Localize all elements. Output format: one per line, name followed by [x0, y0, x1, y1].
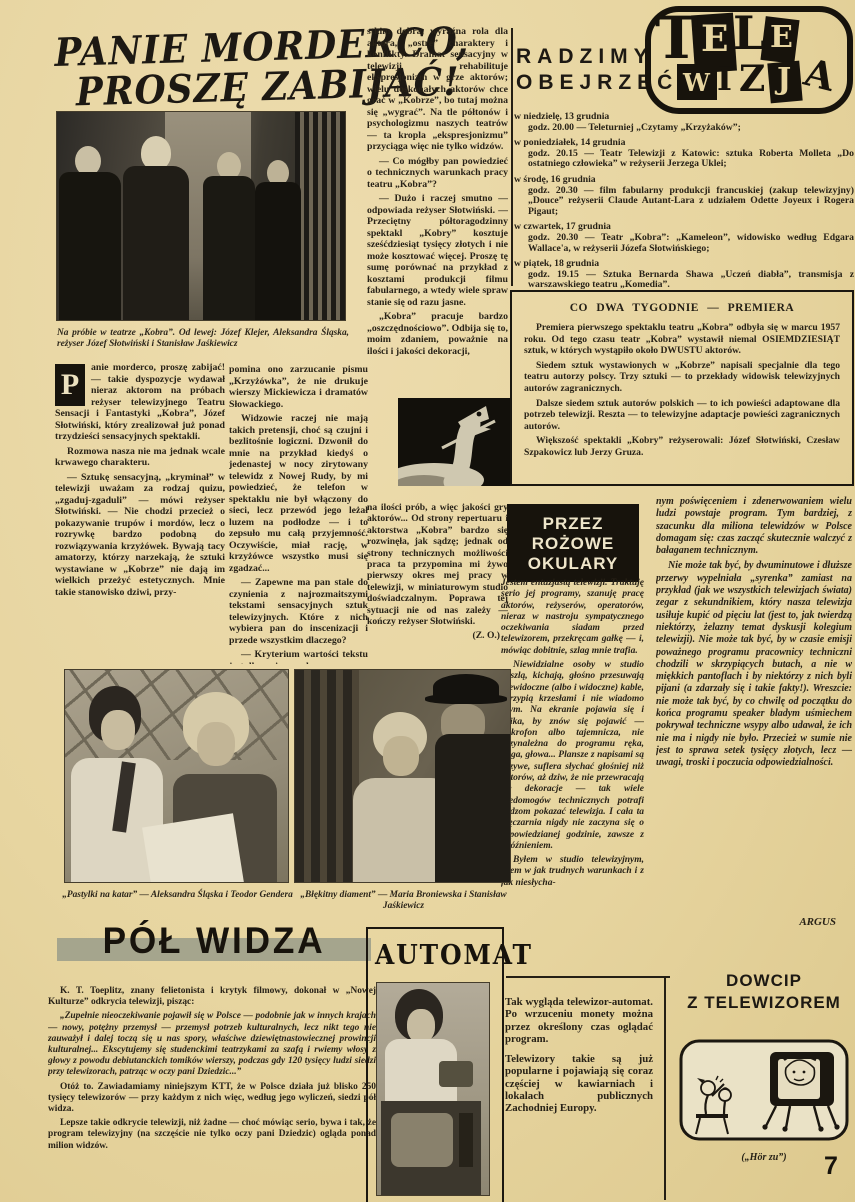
rose-signature: ARGUS	[656, 916, 836, 928]
schedule-item: w czwartek, 17 grudnia godz. 20.30 — Tea…	[514, 222, 854, 254]
half-viewer-title: PÓŁ WIDZA	[65, 922, 363, 959]
paragraph: stkim dobra, wyraźna rola dla aktora, „o…	[367, 26, 508, 153]
paragraph: Jestem entuzjastą telewizji. Traktuję se…	[501, 578, 644, 657]
joke-title: DOWCIP Z TELEWIZOREM	[678, 970, 850, 1014]
paragraph: — Kryterium wartości tekstu jest dla mni…	[229, 649, 368, 664]
tv-schedule: w niedzielę, 13 grudnia godz. 20.00 — Te…	[514, 112, 854, 296]
logo-letter: J	[777, 62, 791, 97]
paragraph: pomina ono zarzucanie pismu „Krzyżówka”,…	[229, 364, 368, 410]
rose-column-2: nym poświęceniem i zdenerwowaniem wielu …	[656, 496, 852, 908]
logo-letter: E	[770, 20, 793, 55]
telewizja-logo: T E L E W I Z J A	[645, 6, 853, 114]
article-column-2: pomina ono zarzucanie pismu „Krzyżówka”,…	[229, 364, 368, 664]
paragraph: na ilości prób, a więc jakości gry aktor…	[367, 502, 508, 627]
schedule-item: w środę, 16 grudnia godz. 20.30 — film f…	[514, 175, 854, 217]
paragraph: Lepsze takie odkrycie telewizji, niż żad…	[48, 1118, 376, 1152]
rose-title-line1: PRZEZ ROŻOWE	[509, 514, 637, 554]
logo-letter: I	[717, 60, 732, 98]
paragraph: K. T. Toeplitz, znany felietonista i kry…	[48, 986, 376, 1008]
automat-box: AUTOMAT	[366, 927, 504, 1202]
joke-title-line2: Z TELEWIZOREM	[678, 992, 850, 1014]
paragraph: Widzowie raczej nie mają takich pretensj…	[229, 413, 368, 574]
rose-title-line2: OKULARY	[509, 554, 637, 574]
schedule-item: w piątek, 18 grudnia godz. 19.15 — Sztuk…	[514, 259, 854, 291]
schedule-desc: godz. 20.30 — film fabularny produkcji f…	[514, 186, 854, 218]
schedule-desc: godz. 20.15 — Teatr Telewizji z Katowic:…	[514, 149, 854, 170]
pastylki-photo	[65, 670, 288, 882]
diament-caption: „Błękitny diament” — Maria Broniewska i …	[297, 890, 510, 912]
paragraph: nym poświęceniem i zdenerwowaniem wielu …	[656, 496, 852, 557]
paragraph: Byłem w studio telewizyjnym, wiem w jak …	[501, 855, 644, 889]
article-column-3-top: stkim dobra, wyraźna rola dla aktora, „o…	[367, 26, 508, 394]
paragraph: — Co mógłby pan powiedzieć o technicznyc…	[367, 156, 508, 191]
logo-letter: L	[733, 6, 765, 60]
schedule-item: w niedzielę, 13 grudnia godz. 20.00 — Te…	[514, 112, 854, 133]
paragraph: Siedem sztuk wystawionych w „Kobrze” nap…	[524, 360, 840, 395]
automat-title: AUTOMAT	[375, 941, 533, 971]
joke-cartoon	[678, 1038, 850, 1148]
logo-letter: T	[655, 4, 698, 72]
automat-text: Tak wygląda telewizor-automat. Po wrzuce…	[505, 996, 653, 1118]
logo-letter: A	[800, 49, 839, 100]
logo-letter: Z	[739, 58, 765, 100]
paragraph: Niewidzialne osoby w studio kaszlą, kich…	[501, 660, 644, 852]
paragraph: Otóż to. Zawiadamiamy niniejszym KTT, że…	[48, 1082, 376, 1116]
rehearsal-photo	[57, 112, 345, 320]
rose-glasses-header: PRZEZ ROŻOWE OKULARY	[507, 504, 639, 582]
rehearsal-photo-caption: Na próbie w teatrze „Kobra”. Od lewej: J…	[57, 328, 349, 350]
logo-letter: W	[683, 68, 710, 97]
premiere-box-title: CO DWA TYGODNIE — PREMIERA	[524, 302, 840, 315]
paragraph: Dalsze siedem sztuk autorów polskich — t…	[524, 398, 840, 433]
column-divider	[511, 28, 513, 286]
pastylki-caption: „Pastylki na katar” — Aleksandra Śląska …	[60, 890, 295, 901]
article-column-3-bottom: na ilości prób, a więc jakości gry aktor…	[367, 502, 508, 670]
section-rule-vertical	[664, 978, 666, 1200]
schedule-desc: godz. 20.00 — Teleturniej „Czytamy „Krzy…	[514, 123, 854, 134]
premiere-box: CO DWA TYGODNIE — PREMIERA Premiera pier…	[510, 290, 854, 486]
magazine-page: { "page": {"number": "7"}, "logo": {"let…	[0, 0, 855, 1202]
paragraph: — Dużo i raczej smutno — odpowiada reżys…	[367, 193, 508, 308]
paragraph: — Zapewne ma pan stale do czynienia z na…	[229, 577, 368, 646]
drop-cap: P	[55, 364, 85, 406]
paragraph: Rozmowa nasza nie ma jednak wcale krwawe…	[55, 446, 225, 469]
cobra-illustration	[398, 398, 512, 486]
diament-photo	[295, 670, 510, 882]
half-viewer-text: K. T. Toeplitz, znany felietonista i kry…	[48, 986, 376, 1174]
schedule-desc: godz. 19.15 — Sztuka Bernarda Shawa „Ucz…	[514, 270, 854, 291]
page-number: 7	[824, 1152, 838, 1181]
paragraph: „Kobra” pracuje bardzo „oszczędnościowo”…	[367, 311, 508, 357]
logo-letter: E	[701, 18, 728, 60]
joke-title-line1: DOWCIP	[678, 970, 850, 992]
paragraph: Większość spektakli „Kobry” reżyserowali…	[524, 435, 840, 458]
schedule-item: w poniedziałek, 14 grudnia godz. 20.15 —…	[514, 138, 854, 170]
article-column-1: P anie morderco, proszę zabijać! — takie…	[55, 362, 225, 664]
section-rule-horizontal	[506, 976, 670, 978]
paragraph: — Sztukę sensacyjną, „kryminał” w telewi…	[55, 472, 225, 599]
paragraph: Nie może tak być, by dwuminutowe i dłużs…	[656, 560, 852, 769]
rose-column-1: Jestem entuzjastą telewizji. Traktuję se…	[501, 578, 644, 976]
paragraph: „Zupełnie nieoczekiwanie pojawił się w P…	[48, 1011, 376, 1078]
paragraph: Premiera pierwszego spektaklu teatru „Ko…	[524, 322, 840, 357]
schedule-desc: godz. 20.30 — Teatr „Kobra”: „Kameleon”,…	[514, 233, 854, 254]
paragraph: Tak wygląda telewizor-automat. Po wrzuce…	[505, 996, 653, 1045]
article-signature: (Z. O.)	[367, 630, 508, 641]
schedule-day: w środę, 16 grudnia	[514, 175, 854, 186]
schedule-day: w niedzielę, 13 grudnia	[514, 112, 854, 123]
paragraph: Telewizory takie są już popularne i poja…	[505, 1053, 653, 1114]
